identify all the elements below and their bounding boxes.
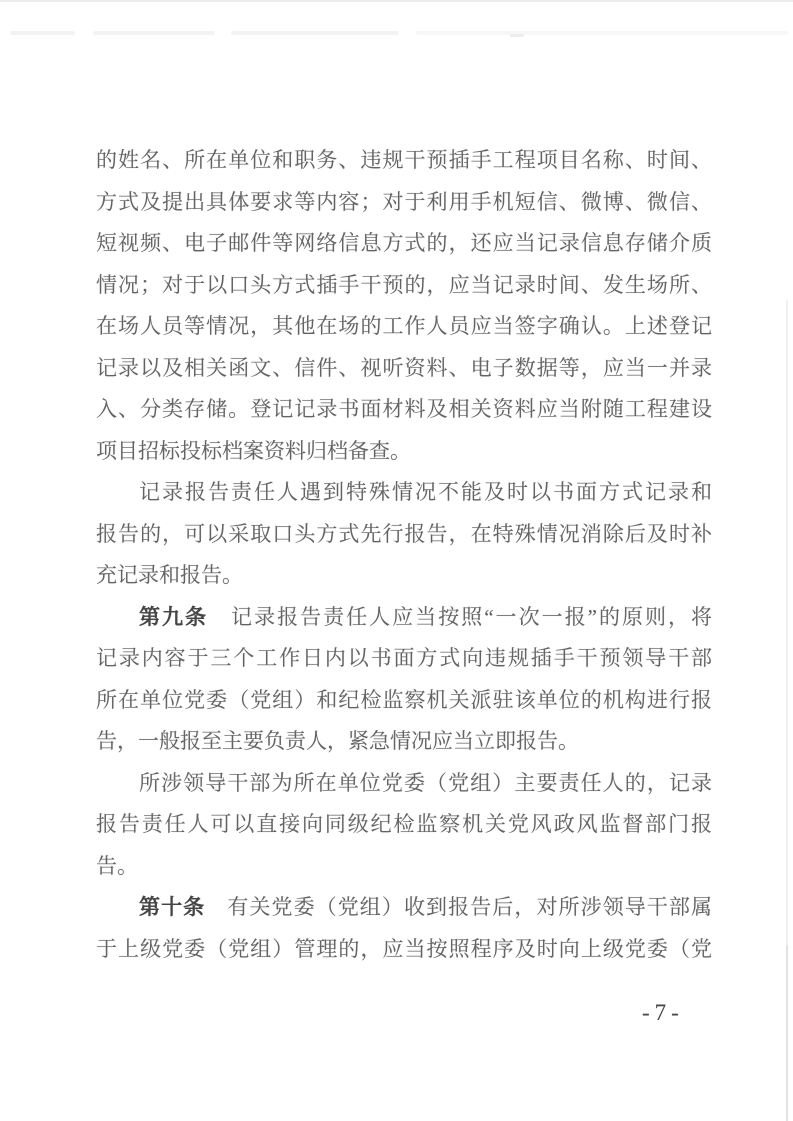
line-text: 入、分类存储。登记记录书面材料及相关资料应当附随工程建设 xyxy=(96,397,712,421)
text-line: 项目招标投标档案资料归档备查。 xyxy=(96,431,712,473)
line-text: 告，一般报至主要负责人，紧急情况应当立即报告。 xyxy=(96,729,579,753)
scan-artifact-smudge xyxy=(231,31,399,35)
line-text: 于上级党委（党组）管理的，应当按照程序及时向上级党委（党 xyxy=(96,937,712,961)
text-line: 告。 xyxy=(96,846,712,888)
line-text: 有关党委（党组）收到报告后，对所涉领导干部属 xyxy=(205,895,712,919)
line-text: 情况；对于以口头方式插手干预的，应当记录时间、发生场所、 xyxy=(96,273,712,297)
text-line: 于上级党委（党组）管理的，应当按照程序及时向上级党委（党 xyxy=(96,929,712,971)
line-text: 所涉领导干部为所在单位党委（党组）主要责任人的，记录 xyxy=(139,771,712,795)
line-text: 项目招标投标档案资料归档备查。 xyxy=(96,439,411,463)
text-line: 报告责任人可以直接向同级纪检监察机关党风政风监督部门报 xyxy=(96,804,712,846)
text-line: 报告的，可以采取口头方式先行报告，在特殊情况消除后及时补 xyxy=(96,514,712,556)
line-text: 的姓名、所在单位和职务、违规干预插手工程项目名称、时间、 xyxy=(96,148,712,172)
line-text: 报告的，可以采取口头方式先行报告，在特殊情况消除后及时补 xyxy=(96,522,712,546)
line-text: 充记录和报告。 xyxy=(96,563,243,587)
text-line: 所涉领导干部为所在单位党委（党组）主要责任人的，记录 xyxy=(96,763,712,805)
scan-artifact-smudge xyxy=(510,34,524,37)
scan-artifact-right-edge xyxy=(786,945,788,1121)
line-text: 记录以及相关函文、信件、视听资料、电子数据等，应当一并录 xyxy=(96,356,712,380)
scan-artifact-smudge xyxy=(416,31,788,35)
text-line: 在场人员等情况，其他在场的工作人员应当签字确认。上述登记 xyxy=(96,306,712,348)
line-text: 记录内容于三个工作日内以书面方式向违规插手干预领导干部 xyxy=(96,646,712,670)
scan-artifact-smudge xyxy=(93,31,215,35)
article-number: 第十条 xyxy=(139,895,205,919)
line-text: 告。 xyxy=(96,854,138,878)
line-text: 短视频、电子邮件等网络信息方式的，还应当记录信息存储介质 xyxy=(96,231,712,255)
document-body: 的姓名、所在单位和职务、违规干预插手工程项目名称、时间、方式及提出具体要求等内容… xyxy=(96,140,712,970)
article-number: 第九条 xyxy=(139,605,208,629)
scan-artifact-smudge xyxy=(10,31,75,35)
line-text: 方式及提出具体要求等内容；对于利用手机短信、微博、微信、 xyxy=(96,190,712,214)
text-line: 充记录和报告。 xyxy=(96,555,712,597)
text-line: 的姓名、所在单位和职务、违规干预插手工程项目名称、时间、 xyxy=(96,140,712,182)
text-line: 第九条 记录报告责任人应当按照“一次一报”的原则，将 xyxy=(96,597,712,639)
text-line: 短视频、电子邮件等网络信息方式的，还应当记录信息存储介质 xyxy=(96,223,712,265)
text-line: 入、分类存储。登记记录书面材料及相关资料应当附随工程建设 xyxy=(96,389,712,431)
text-line: 所在单位党委（党组）和纪检监察机关派驻该单位的机构进行报 xyxy=(96,680,712,722)
line-text: 记录报告责任人应当按照“一次一报”的原则，将 xyxy=(208,605,712,629)
line-text: 报告责任人可以直接向同级纪检监察机关党风政风监督部门报 xyxy=(96,812,712,836)
text-line: 方式及提出具体要求等内容；对于利用手机短信、微博、微信、 xyxy=(96,182,712,224)
line-text: 在场人员等情况，其他在场的工作人员应当签字确认。上述登记 xyxy=(96,314,712,338)
line-text: 所在单位党委（党组）和纪检监察机关派驻该单位的机构进行报 xyxy=(96,688,712,712)
text-line: 情况；对于以口头方式插手干预的，应当记录时间、发生场所、 xyxy=(96,265,712,307)
text-line: 记录内容于三个工作日内以书面方式向违规插手干预领导干部 xyxy=(96,638,712,680)
page-number: -7- xyxy=(642,1000,684,1026)
line-text: 记录报告责任人遇到特殊情况不能及时以书面方式记录和 xyxy=(139,480,712,504)
text-line: 记录报告责任人遇到特殊情况不能及时以书面方式记录和 xyxy=(96,472,712,514)
text-line: 告，一般报至主要负责人，紧急情况应当立即报告。 xyxy=(96,721,712,763)
scan-artifact-top-edge xyxy=(0,0,793,2)
document-page: 的姓名、所在单位和职务、违规干预插手工程项目名称、时间、方式及提出具体要求等内容… xyxy=(0,0,793,1121)
text-line: 第十条 有关党委（党组）收到报告后，对所涉领导干部属 xyxy=(96,887,712,929)
text-line: 记录以及相关函文、信件、视听资料、电子数据等，应当一并录 xyxy=(96,348,712,390)
